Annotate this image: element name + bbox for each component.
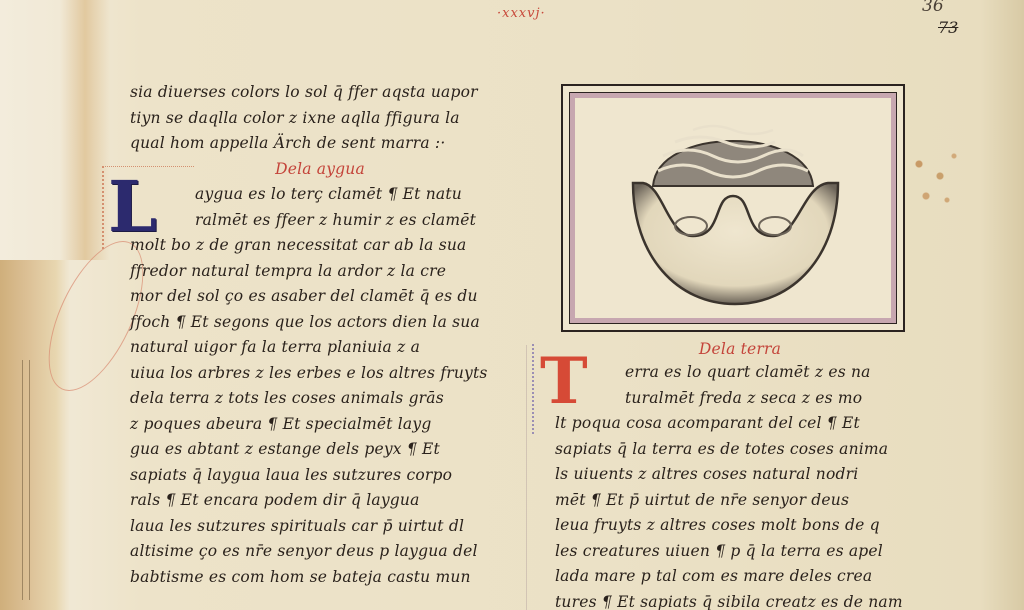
ruling-line [508, 345, 527, 610]
text-line: gua es abtant z estange dels peyx ¶ Et [130, 437, 510, 463]
illustration-earth-water [561, 84, 905, 332]
left-text-column: sia diuerses colors lo sol q̄ ffer aqsta… [130, 80, 510, 590]
text-line: mēt ¶ Et p̄ uirtut de nr̄e senyor deus [555, 488, 925, 514]
text-line: tures ¶ Et sapiats q̄ sibila creatz es d… [555, 590, 925, 610]
text-line: natural uigor fa la terra planiuia z a [130, 335, 510, 361]
foxing-spots [905, 140, 975, 220]
text-line: tiyn se daqlla color z ixne aqlla ffigur… [130, 106, 510, 132]
illuminated-initial-T: T [540, 350, 640, 420]
text-line: qual hom appella Ärch de sent marra :· [130, 131, 510, 157]
text-line: laua les sutzures spirituals car p̄ uirt… [130, 514, 510, 540]
folio-roman-numeral: ·xxxvj· [497, 6, 546, 21]
text-line: z poques abeura ¶ Et specialmēt layg [130, 412, 510, 438]
folio-old-number: 73 [938, 18, 958, 37]
text-line: ffoch ¶ Et segons que los actors dien la… [130, 310, 510, 336]
initial-flourish [102, 166, 194, 249]
text-line: sapiats q̄ laygua laua les sutzures corp… [130, 463, 510, 489]
text-line: uiua los arbres z les erbes e los altres… [130, 361, 510, 387]
text-line: les creatures uiuen ¶ p q̄ la terra es a… [555, 539, 925, 565]
text-line: sia diuerses colors lo sol q̄ ffer aqsta… [130, 80, 510, 106]
text-line: babtisme es com hom se bateja castu mun [130, 565, 510, 591]
binding-gutter [22, 360, 30, 600]
text-line: ls uiuents z altres coses natural nodri [555, 462, 925, 488]
text-line: dela terra z tots les coses animals grās [130, 386, 510, 412]
water-earth-sphere-icon [563, 86, 903, 330]
text-line: sapiats q̄ la terra es de totes coses an… [555, 437, 925, 463]
initial-flourish [532, 344, 644, 434]
illuminated-initial-L: L [108, 172, 188, 242]
text-line: mor del sol ço es asaber del clamēt q̄ e… [130, 284, 510, 310]
text-line: leua fruyts z altres coses molt bons de … [555, 513, 925, 539]
folio-modern-number: 36 [922, 0, 944, 16]
text-line: ffredor natural tempra la ardor z la cre [130, 259, 510, 285]
manuscript-page: ·xxxvj· 36 73 sia diuerses colors lo sol… [0, 0, 1024, 610]
text-line: lada mare p tal com es mare deles crea [555, 564, 925, 590]
text-line: rals ¶ Et encara podem dir q̄ laygua [130, 488, 510, 514]
text-line: altisime ço es nr̄e senyor deus p laygua… [130, 539, 510, 565]
